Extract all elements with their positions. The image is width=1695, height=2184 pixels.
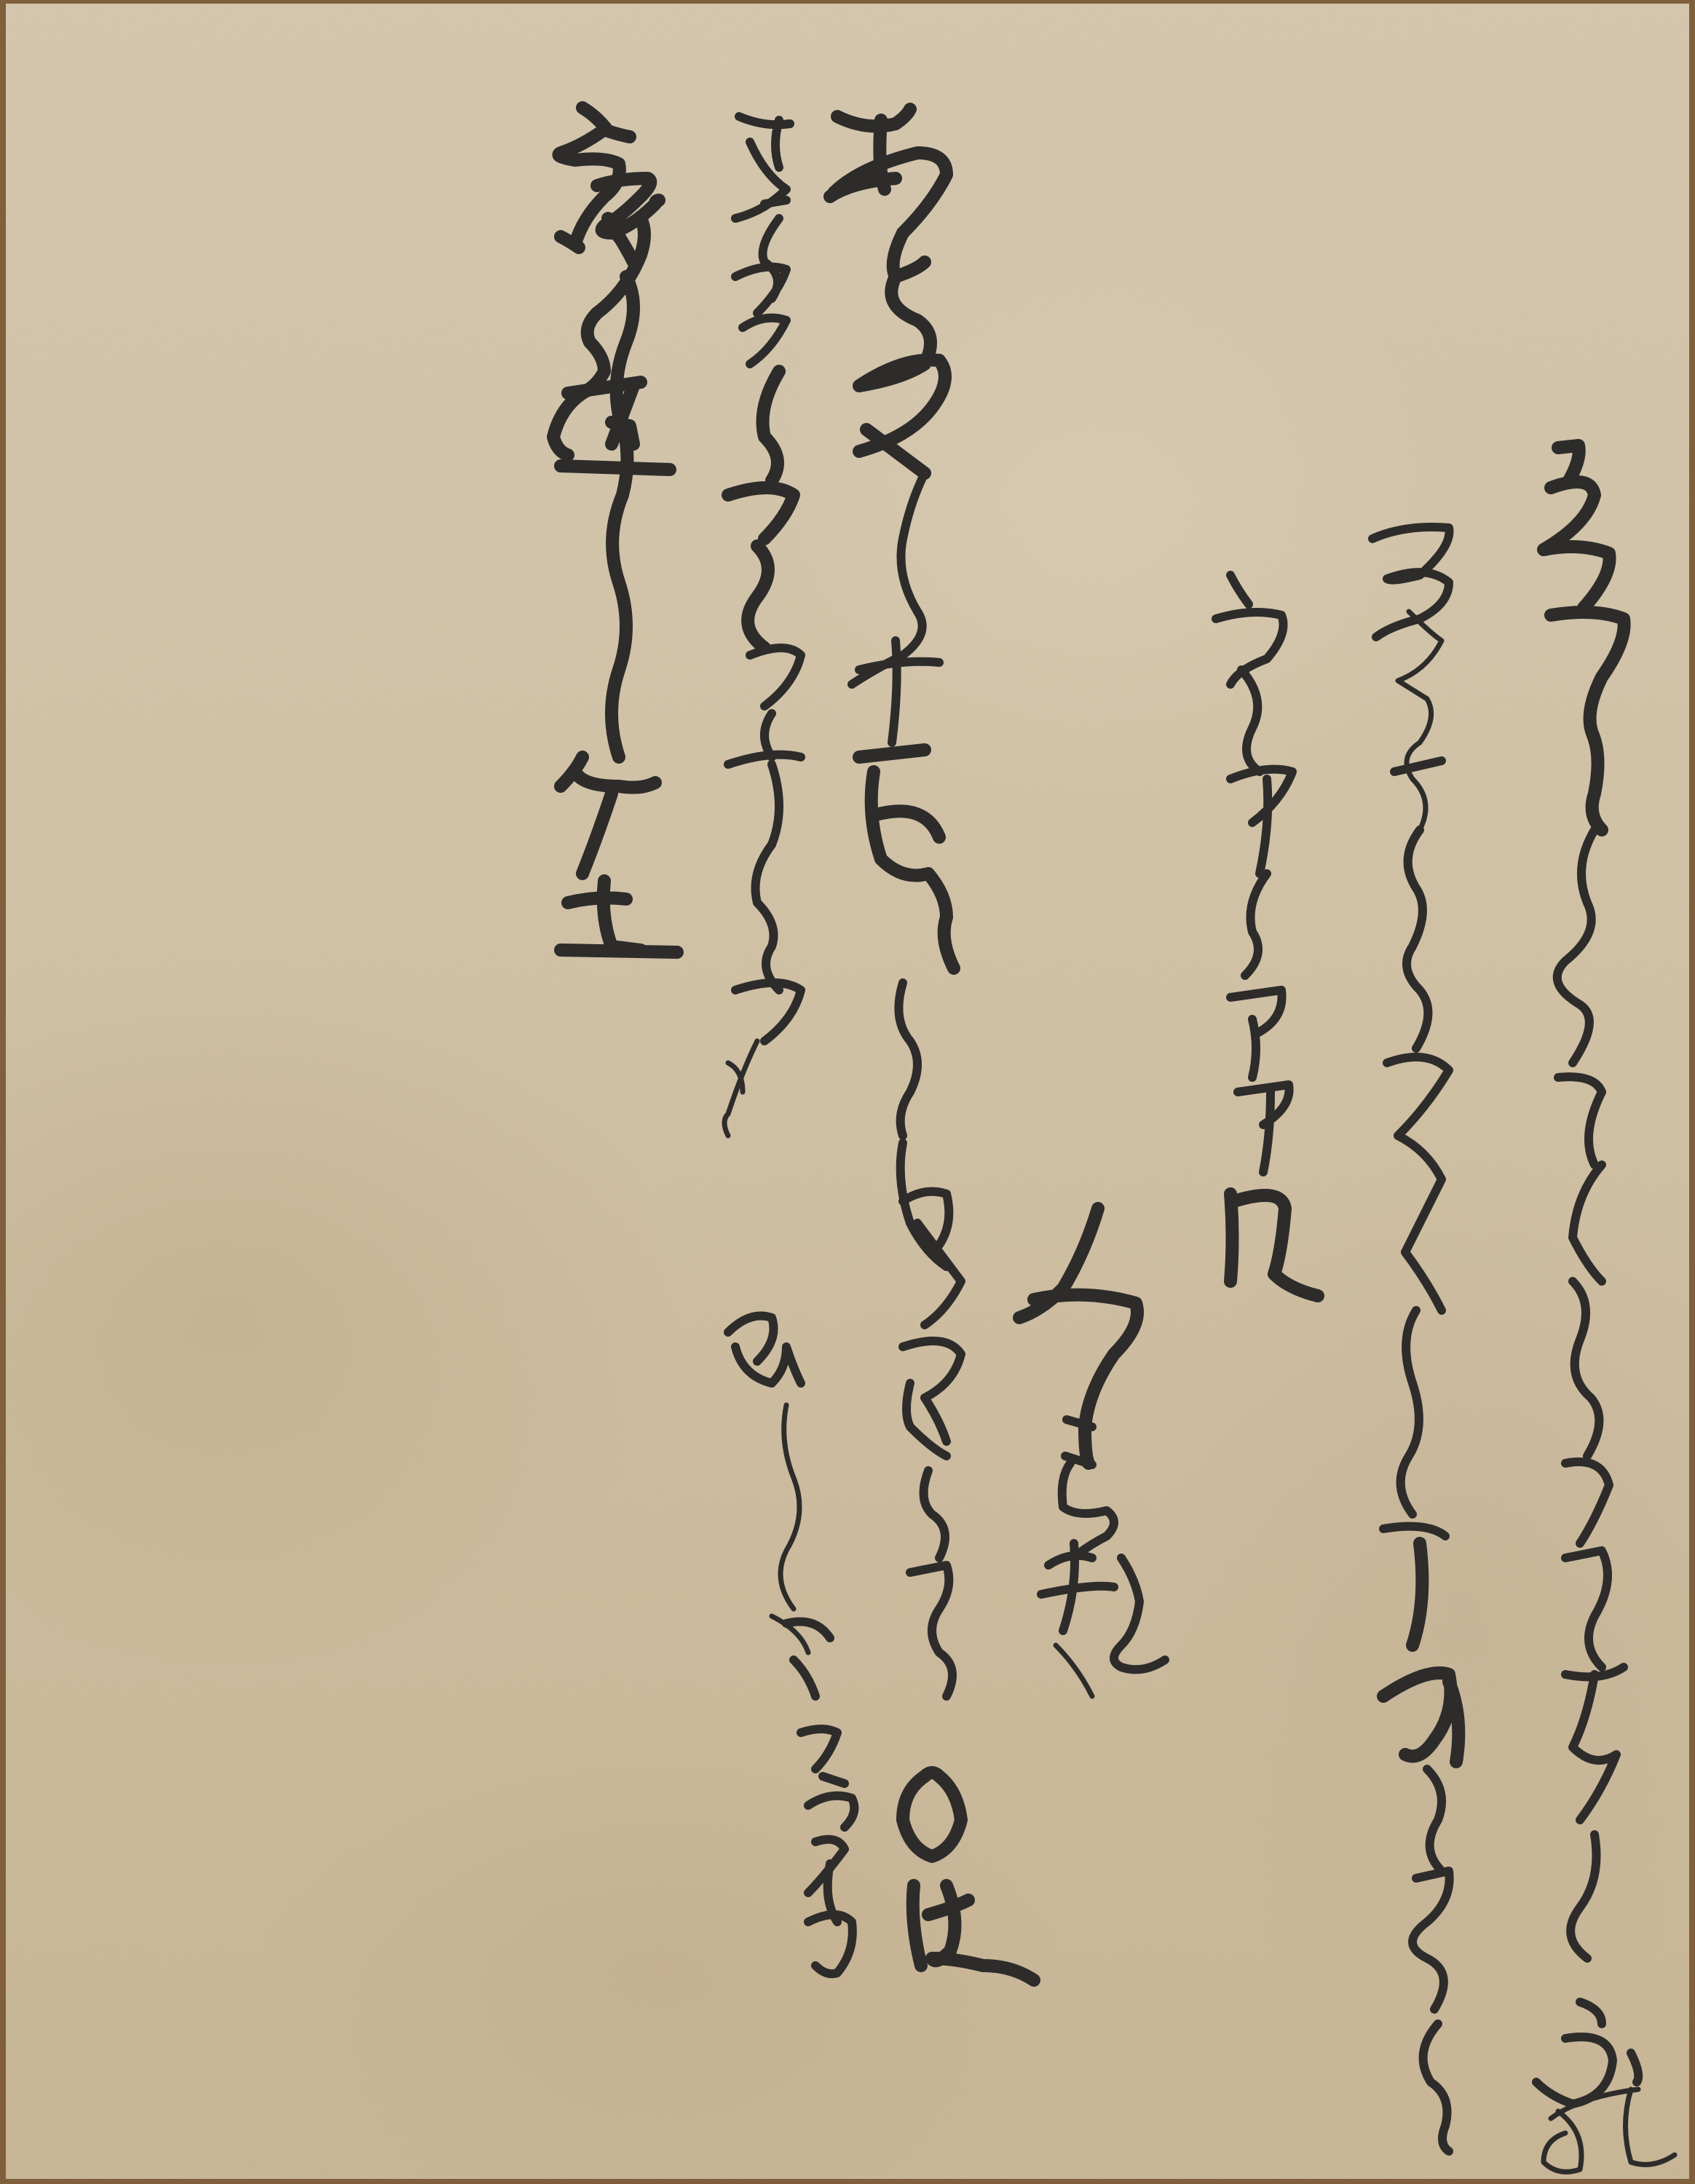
calligraphy-column-3 [1216,575,1318,1296]
calligraphy-ink [0,0,1695,2184]
calligraphy-column-7-lower [561,218,677,952]
calligraphy-column-7 [553,108,670,470]
calligraphy-column-4 [1019,1208,1165,1696]
calligraphy-column-5 [830,109,1034,1980]
calligraphy-column-2 [1372,527,1458,2151]
calligraphy-column-1 [1536,446,1675,2172]
calligraphy-column-6 [724,116,854,1974]
